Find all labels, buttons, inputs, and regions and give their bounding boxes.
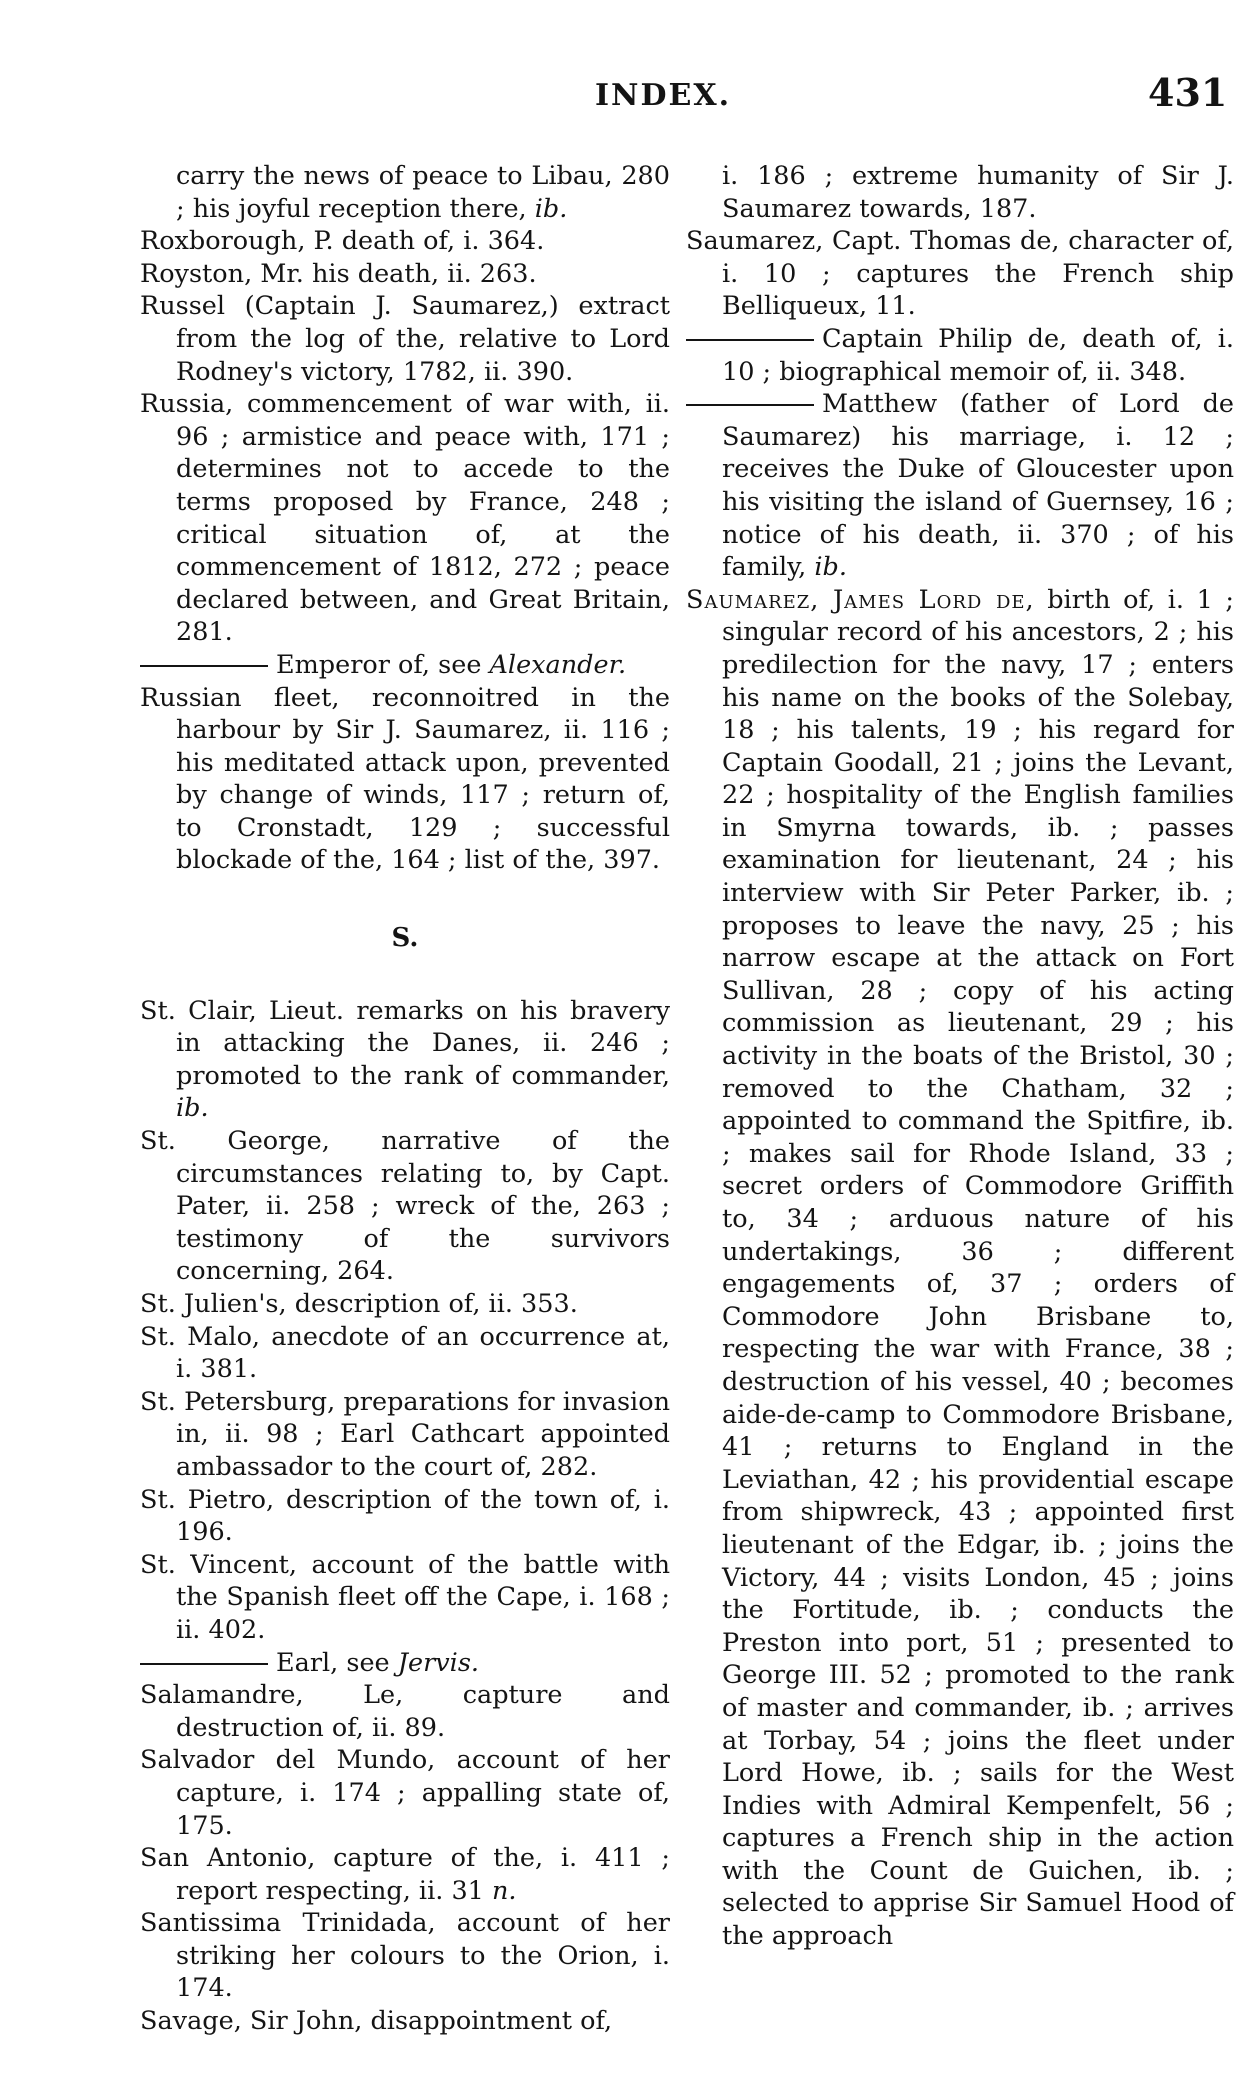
index-entry: Royston, Mr. his death, ii. 263. [140, 258, 670, 291]
index-entry: St. Petersburg, preparations for invasio… [140, 1386, 670, 1484]
entry-text: Roxborough, P. death of, i. 364. [140, 226, 544, 256]
entry-text: St. Malo, anecdote of an occurrence at, … [140, 1322, 670, 1385]
entry-text: Russel (Captain J. Saumarez,) extract fr… [140, 291, 670, 386]
section-letter-s: S. [140, 922, 670, 955]
index-subentry: Earl, see Jervis. [140, 1647, 670, 1680]
entry-text: St. Pietro, description of the town of, … [140, 1485, 670, 1548]
right-column: i. 186 ; extreme humanity of Sir J. Saum… [686, 160, 1234, 1953]
entry-text: Captain Philip de, death of, i. 10 ; bio… [722, 324, 1234, 387]
index-subentry: Captain Philip de, death of, i. 10 ; bio… [686, 323, 1234, 388]
entry-italic-ref: ib. [176, 1093, 209, 1123]
index-subentry: Matthew (father of Lord de Saumarez) his… [686, 388, 1234, 584]
index-entry: Russian fleet, reconnoitred in the harbo… [140, 682, 670, 878]
index-entry: Santissima Trinidada, account of her str… [140, 1907, 670, 2005]
entry-text: Matthew (father of Lord de Saumarez) his… [722, 389, 1234, 582]
index-entry: carry the news of peace to Libau, 280 ; … [140, 160, 670, 225]
index-entry: Russel (Captain J. Saumarez,) extract fr… [140, 290, 670, 388]
index-entry: Roxborough, P. death of, i. 364. [140, 225, 670, 258]
entry-text: Salvador del Mundo, account of her captu… [140, 1745, 670, 1840]
entry-text: St. George, narrative of the circumstanc… [140, 1126, 670, 1286]
entry-text: Russia, commencement of war with, ii. 96… [140, 389, 670, 647]
index-entry: St. Clair, Lieut. remarks on his bravery… [140, 995, 670, 1125]
index-entry: San Antonio, capture of the, i. 411 ; re… [140, 1842, 670, 1907]
entry-text: Emperor of, see [276, 650, 490, 680]
entry-text: St. Vincent, account of the battle with … [140, 1550, 670, 1645]
entry-italic-ref: ib. [814, 552, 847, 582]
entry-text: Earl, see [276, 1648, 398, 1678]
index-entry: St. Pietro, description of the town of, … [140, 1484, 670, 1549]
left-column: carry the news of peace to Libau, 280 ; … [140, 160, 670, 2038]
index-entry: St. George, narrative of the circumstanc… [140, 1125, 670, 1288]
index-entry: Savage, Sir John, disappointment of, [140, 2005, 670, 2038]
entry-text: Savage, Sir John, disappointment of, [140, 2006, 612, 2036]
entry-italic-ref: ib. [535, 194, 568, 224]
index-entry: St. Malo, anecdote of an occurrence at, … [140, 1321, 670, 1386]
page-header: INDEX. 431 [0, 70, 1253, 120]
entry-text: San Antonio, capture of the, i. 411 ; re… [140, 1843, 670, 1906]
ditto-dash [140, 665, 268, 667]
entry-italic-ref: Alexander. [490, 650, 627, 680]
entry-text: Santissima Trinidada, account of her str… [140, 1908, 670, 2003]
entry-text: carry the news of peace to Libau, 280 ; … [176, 161, 670, 224]
entry-text: Royston, Mr. his death, ii. 263. [140, 259, 537, 289]
entry-text: i. 186 ; extreme humanity of Sir J. Saum… [722, 161, 1234, 224]
index-entries-s: St. Clair, Lieut. remarks on his bravery… [140, 995, 670, 2038]
entry-italic-ref: n. [492, 1876, 517, 1906]
index-entries-r: carry the news of peace to Libau, 280 ; … [140, 160, 670, 877]
entry-text: Russian fleet, reconnoitred in the harbo… [140, 683, 670, 876]
ditto-dash [686, 339, 814, 341]
index-entry: Salvador del Mundo, account of her captu… [140, 1744, 670, 1842]
ditto-dash [140, 1663, 268, 1665]
index-entry: Russia, commencement of war with, ii. 96… [140, 388, 670, 649]
index-entry: i. 186 ; extreme humanity of Sir J. Saum… [686, 160, 1234, 225]
index-entries-saumarez: i. 186 ; extreme humanity of Sir J. Saum… [686, 160, 1234, 1953]
ditto-dash [686, 404, 814, 406]
entry-italic-ref: Jervis. [398, 1648, 479, 1678]
entry-text: St. Petersburg, preparations for invasio… [140, 1387, 670, 1482]
index-entry: St. Vincent, account of the battle with … [140, 1549, 670, 1647]
running-title: INDEX. [595, 78, 731, 113]
index-entry: Saumarez, Capt. Thomas de, character of,… [686, 225, 1234, 323]
entry-text: birth of, i. 1 ; singular record of his … [722, 585, 1234, 1951]
entry-text: Saumarez, Capt. Thomas de, character of,… [686, 226, 1234, 321]
entry-text: Salamandre, Le, capture and destruction … [140, 1680, 670, 1743]
index-entry: Salamandre, Le, capture and destruction … [140, 1679, 670, 1744]
entry-text: St. Julien's, description of, ii. 353. [140, 1289, 578, 1319]
entry-text: St. Clair, Lieut. remarks on his bravery… [140, 996, 670, 1091]
index-entry: Saumarez, James Lord de, birth of, i. 1 … [686, 584, 1234, 1953]
page-number: 431 [1148, 70, 1227, 115]
index-subentry: Emperor of, see Alexander. [140, 649, 670, 682]
entry-heading: Saumarez, James Lord de, [686, 585, 1035, 615]
index-entry: St. Julien's, description of, ii. 353. [140, 1288, 670, 1321]
